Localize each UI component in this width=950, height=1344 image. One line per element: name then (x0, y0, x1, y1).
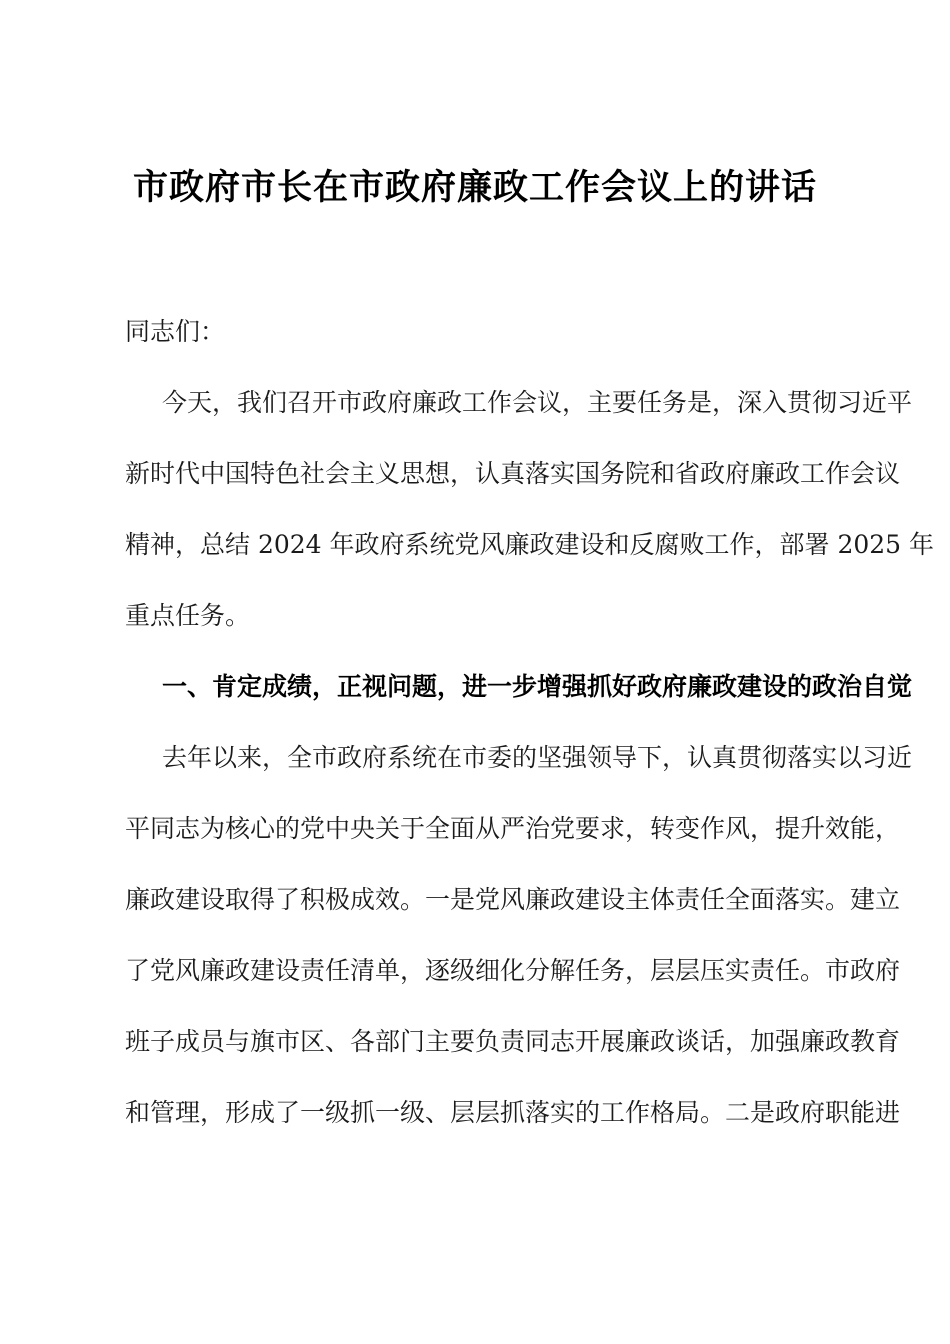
paragraph-line: 去年以来，全市政府系统在市委的坚强领导下，认真贯彻落实以习近 (125, 722, 835, 793)
section-heading: 一、肯定成绩，正视问题，进一步增强抓好政府廉政建设的政治自觉 (125, 651, 835, 722)
paragraph-line: 新时代中国特色社会主义思想，认真落实国务院和省政府廉政工作会议 (125, 438, 835, 509)
document-page: 市政府市长在市政府廉政工作会议上的讲话 同志们： 今天，我们召开市政府廉政工作会… (0, 0, 950, 1344)
paragraph-line: 重点任务。 (125, 580, 835, 651)
paragraph-line: 平同志为核心的党中央关于全面从严治党要求，转变作风，提升效能， (125, 793, 835, 864)
salutation-line: 同志们： (125, 296, 835, 367)
paragraph-line: 今天，我们召开市政府廉政工作会议，主要任务是，深入贯彻习近平 (125, 367, 835, 438)
document-title: 市政府市长在市政府廉政工作会议上的讲话 (0, 158, 950, 218)
paragraph-line: 了党风廉政建设责任清单，逐级细化分解任务，层层压实责任。市政府 (125, 935, 835, 1006)
paragraph-line: 班子成员与旗市区、各部门主要负责同志开展廉政谈话，加强廉政教育 (125, 1006, 835, 1077)
document-body: 同志们： 今天，我们召开市政府廉政工作会议，主要任务是，深入贯彻习近平 新时代中… (125, 296, 835, 1148)
paragraph-line: 精神，总结 2024 年政府系统党风廉政建设和反腐败工作，部署 2025 年 (125, 509, 835, 580)
paragraph-line: 廉政建设取得了积极成效。一是党风廉政建设主体责任全面落实。建立 (125, 864, 835, 935)
paragraph-line: 和管理，形成了一级抓一级、层层抓落实的工作格局。二是政府职能进 (125, 1077, 835, 1148)
